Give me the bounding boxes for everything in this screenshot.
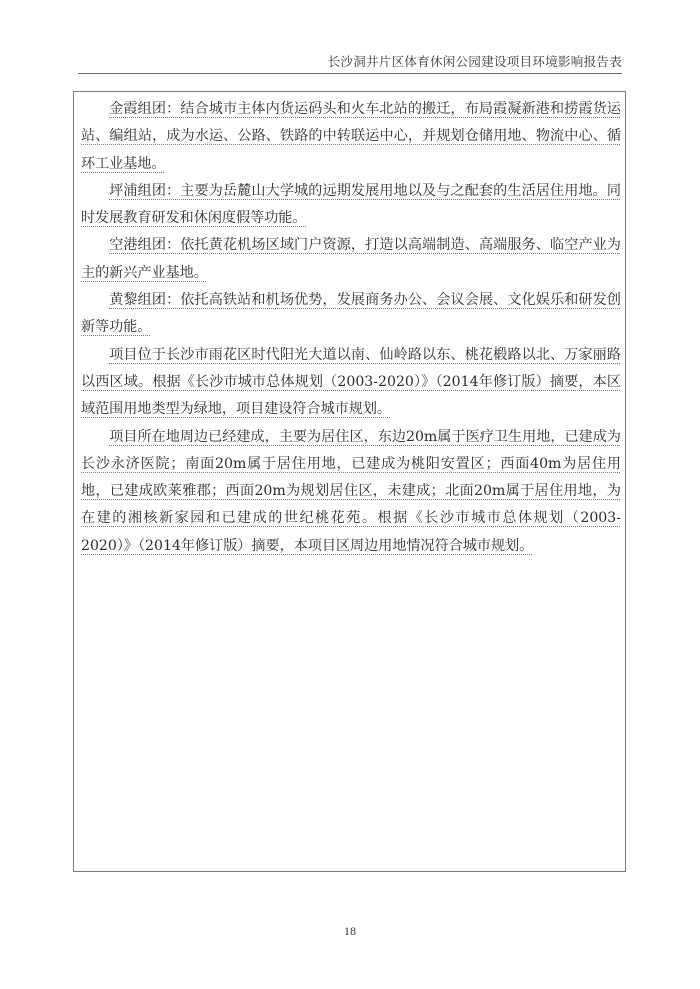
text-body: 金霞组团：结合城市主体内货运码头和火车北站的搬迁，布局霞凝新港和捞霞货运站、编组… [81,96,621,560]
paragraph-konggang-cluster: 空港组团：依托黄花机场区域门户资源，打造以高端制造、高端服务、临空产业为主的新兴… [81,232,621,287]
page-number: 18 [0,924,700,939]
content-table-cell: 金霞组团：结合城市主体内货运码头和火车北站的搬迁，布局霞凝新港和捞霞货运站、编组… [73,91,626,872]
paragraph-huangli-cluster: 黄黎组团：依托高铁站和机场优势，发展商务办公、会议会展、文化娱乐和研发创新等功能… [81,287,621,342]
paragraph-project-location: 项目位于长沙市雨花区时代阳光大道以南、仙岭路以东、桃花椴路以北、万家丽路以西区域… [81,342,621,424]
header-divider [78,73,622,74]
paragraph-pingpu-cluster: 坪浦组团：主要为岳麓山大学城的远期发展用地以及与之配套的生活居住用地。同时发展教… [81,178,621,233]
paragraph-jinxia-cluster: 金霞组团：结合城市主体内货运码头和火车北站的搬迁，布局霞凝新港和捞霞货运站、编组… [81,96,621,178]
paragraph-surroundings: 项目所在地周边已经建成，主要为居住区，东边20m属于医疗卫生用地，已建成为长沙永… [81,424,621,560]
document-header-title: 长沙洞井片区体育休闲公园建设项目环境影响报告表 [78,52,622,72]
